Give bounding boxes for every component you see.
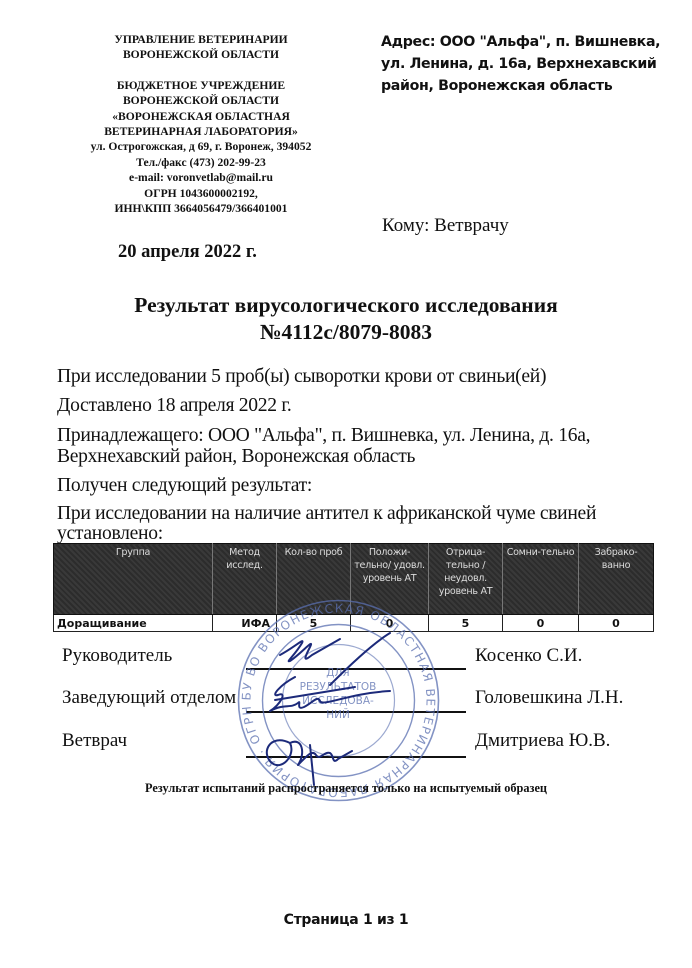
cell-group: Доращивание — [54, 615, 213, 632]
org-line: УПРАВЛЕНИЕ ВЕТЕРИНАРИИ — [66, 32, 336, 47]
body-result-intro: Получен следующий результат: — [57, 475, 312, 497]
address-line: Адрес: ООО "Альфа", п. Вишневка, — [381, 31, 681, 53]
signature-role-head: Руководитель — [62, 645, 172, 667]
document-number: №4112с/8079-8083 — [0, 320, 692, 345]
page-number: Страница 1 из 1 — [0, 912, 692, 928]
col-header-method: Метод исслед. — [213, 544, 277, 615]
address-line: ул. Ленина, д. 16а, Верхнехавский — [381, 53, 681, 75]
col-header-group: Группа — [54, 544, 213, 615]
org-line: ВЕТЕРИНАРНАЯ ЛАБОРАТОРИЯ» — [66, 124, 336, 139]
cell-rejected: 0 — [579, 615, 654, 632]
address-line: район, Воронежская область — [381, 75, 681, 97]
org-ogrn: ОГРН 1043600002192, — [66, 186, 336, 201]
stamp-center-text: НИЙ — [326, 708, 350, 721]
body-delivered: Доставлено 18 апреля 2022 г. — [57, 395, 292, 417]
signature-name-vet: Дмитриева Ю.В. — [475, 730, 610, 752]
cell-negative: 5 — [429, 615, 503, 632]
organization-header: УПРАВЛЕНИЕ ВЕТЕРИНАРИИ ВОРОНЕЖСКОЙ ОБЛАС… — [66, 32, 336, 216]
signature-role-vet: Ветврач — [62, 730, 127, 752]
document-date: 20 апреля 2022 г. — [118, 242, 257, 263]
org-line: ВОРОНЕЖСКОЙ ОБЛАСТИ — [66, 93, 336, 108]
body-owner: Принадлежащего: ООО "Альфа", п. Вишневка… — [57, 425, 590, 447]
table-row: Доращивание ИФА 5 0 5 0 0 — [54, 615, 654, 632]
table-header-row: Группа Метод исслед. Кол-во проб Положи-… — [54, 544, 654, 615]
signature-name-head: Косенко С.И. — [475, 645, 582, 667]
body-established: установлено: — [57, 523, 163, 545]
results-table: Группа Метод исслед. Кол-во проб Положи-… — [53, 543, 654, 632]
body-owner-cont: Верхнехавский район, Воронежская область — [57, 446, 415, 468]
col-header-rejected: Забрако-ванно — [579, 544, 654, 615]
signature-name-department: Головешкина Л.Н. — [475, 687, 623, 709]
signature-line — [246, 756, 466, 758]
cell-count: 5 — [277, 615, 351, 632]
org-address: ул. Острогожская, д 69, г. Воронеж, 3940… — [66, 139, 336, 154]
disclaimer: Результат испытаний распространяется тол… — [0, 781, 692, 796]
org-line: БЮДЖЕТНОЕ УЧРЕЖДЕНИЕ — [66, 78, 336, 93]
org-phone: Тел./факс (473) 202-99-23 — [66, 155, 336, 170]
org-line: ВОРОНЕЖСКОЙ ОБЛАСТИ — [66, 47, 336, 62]
stamp-center-text: ИССЛЕДОВА- — [302, 695, 374, 707]
org-email: e-mail: voronvetlab@mail.ru — [66, 170, 336, 185]
recipient: Кому: Ветврачу — [382, 215, 509, 237]
signature-role-department: Заведующий отделом — [62, 687, 236, 709]
recipient-address: Адрес: ООО "Альфа", п. Вишневка, ул. Лен… — [381, 31, 681, 97]
handwritten-signatures-icon — [240, 625, 480, 805]
col-header-negative: Отрица-тельно / неудовл. уровень АТ — [429, 544, 503, 615]
cell-positive: 0 — [351, 615, 429, 632]
document-title: Результат вирусологического исследования — [0, 293, 692, 318]
col-header-count: Кол-во проб — [277, 544, 351, 615]
org-inn: ИНН\КПП 3664056479/366401001 — [66, 201, 336, 216]
cell-method: ИФА — [213, 615, 277, 632]
signature-line — [246, 711, 466, 713]
body-samples: При исследовании 5 проб(ы) сыворотки кро… — [57, 366, 546, 388]
stamp-center-text: РЕЗУЛЬТАТОВ — [300, 681, 377, 693]
signature-line — [246, 668, 466, 670]
body-test-description: При исследовании на наличие антител к аф… — [57, 503, 596, 525]
col-header-positive: Положи-тельно/ удовл. уровень АТ — [351, 544, 429, 615]
org-line: «ВОРОНЕЖСКАЯ ОБЛАСТНАЯ — [66, 109, 336, 124]
cell-doubtful: 0 — [503, 615, 579, 632]
col-header-doubtful: Сомни-тельно — [503, 544, 579, 615]
